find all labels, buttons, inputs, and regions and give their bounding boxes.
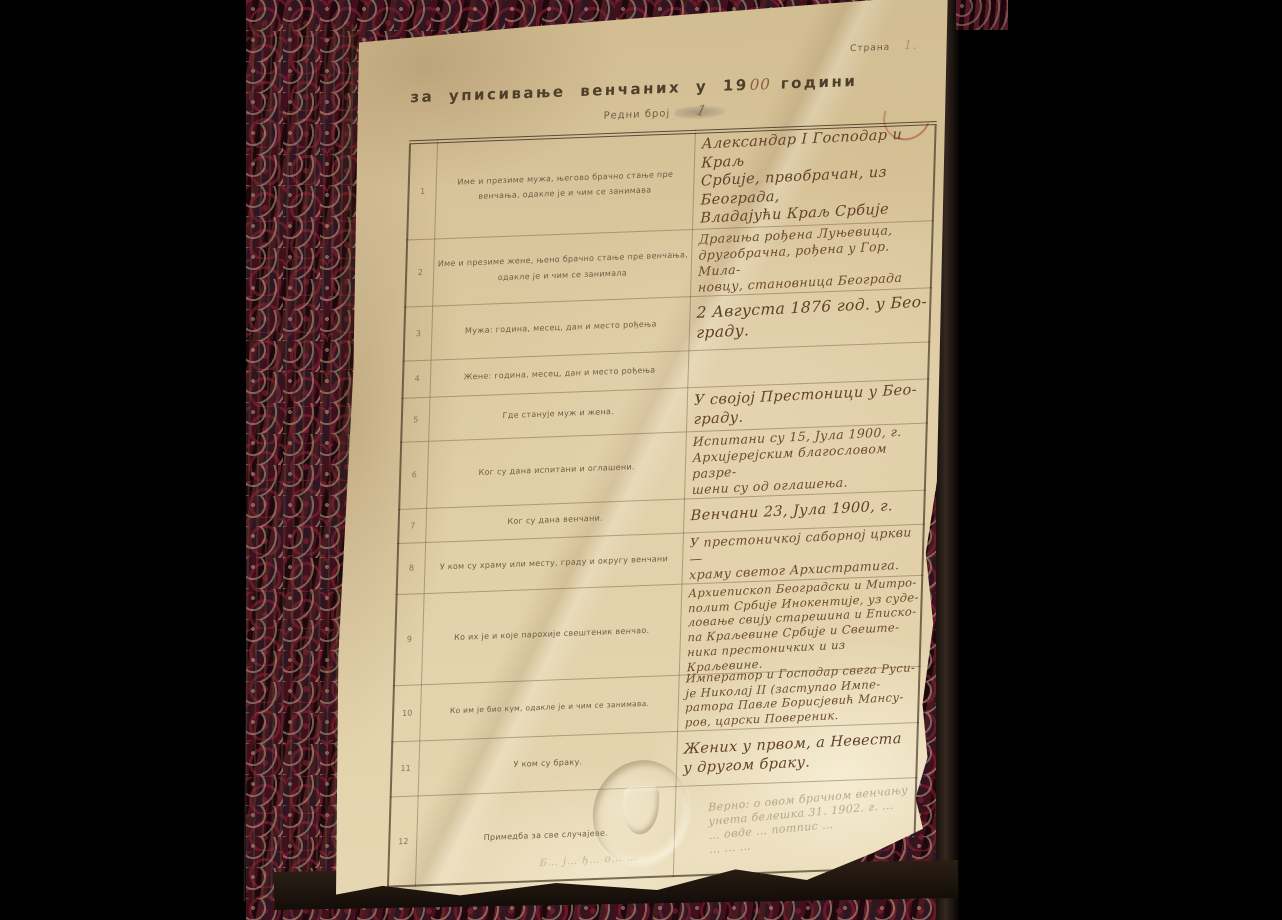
registry-page: Страна1. за уписивање венчаних у 1900год…	[329, 0, 953, 904]
row-number: 9	[394, 593, 424, 685]
photo-scene: Страна1. за уписивање венчаних у 1900год…	[246, 0, 960, 920]
page-number-label: Страна	[850, 43, 890, 54]
row-value-handwritten: 2 Августа 1876 год. у Бео- граду.	[690, 291, 930, 344]
row-number: 4	[402, 360, 431, 398]
row-number: 7	[398, 508, 427, 543]
row-value-handwritten: Драгиња рођена Луњевица, другобрачна, ро…	[692, 218, 932, 296]
row-value-handwritten: Император и Господар свега Руси- је Нико…	[679, 658, 919, 731]
row-value-handwritten: Венчани 23, Јула 1900, г.	[685, 494, 924, 526]
title-suffix: години	[781, 72, 858, 93]
page-number-value: 1.	[904, 38, 918, 53]
row-number: 6	[399, 441, 429, 509]
row-number: 8	[397, 542, 426, 594]
title-year-handwritten: 00	[749, 75, 771, 94]
row-number: 11	[391, 741, 420, 797]
row-number: 10	[392, 685, 421, 742]
serial-number: Редни број1	[603, 105, 726, 123]
row-value-handwritten	[689, 356, 928, 370]
serial-number-smudge: 1	[674, 105, 726, 120]
serial-number-value: 1	[694, 101, 709, 121]
row-label: Ког су дана испитани и оглашени.	[427, 432, 687, 509]
page-title: за уписивање венчаних у 1900години	[410, 72, 858, 106]
row-number: 3	[404, 306, 433, 361]
row-label: Име и презиме мужа, његово брачно стање …	[435, 132, 696, 239]
row-label: Мужа: година, месец, дан и место рођења	[431, 296, 690, 360]
row-label: Ко их је и које парохије свештеник венча…	[422, 584, 683, 685]
row-value-handwritten: Александар I Господар и Краљ Србије, прв…	[694, 122, 935, 229]
page-number: Страна1.	[850, 38, 918, 55]
serial-number-label: Редни број	[603, 108, 670, 121]
row-label: Ко им је био кум, одакле је и чим се зан…	[420, 675, 679, 740]
row-number: 5	[401, 397, 430, 442]
row-value-handwritten: Жених у првом, а Невеста у другом браку.	[677, 728, 917, 779]
row-number: 1	[407, 141, 437, 239]
row-number: 2	[405, 239, 435, 307]
carpet-top-right-corner	[956, 0, 1008, 30]
row-label: Име и презиме жене, њено брачно стање пр…	[433, 229, 693, 306]
row-number: 12	[388, 796, 418, 887]
row-value-handwritten: Испитани су 15, Јула 1900, г. Архијерејс…	[686, 420, 926, 498]
